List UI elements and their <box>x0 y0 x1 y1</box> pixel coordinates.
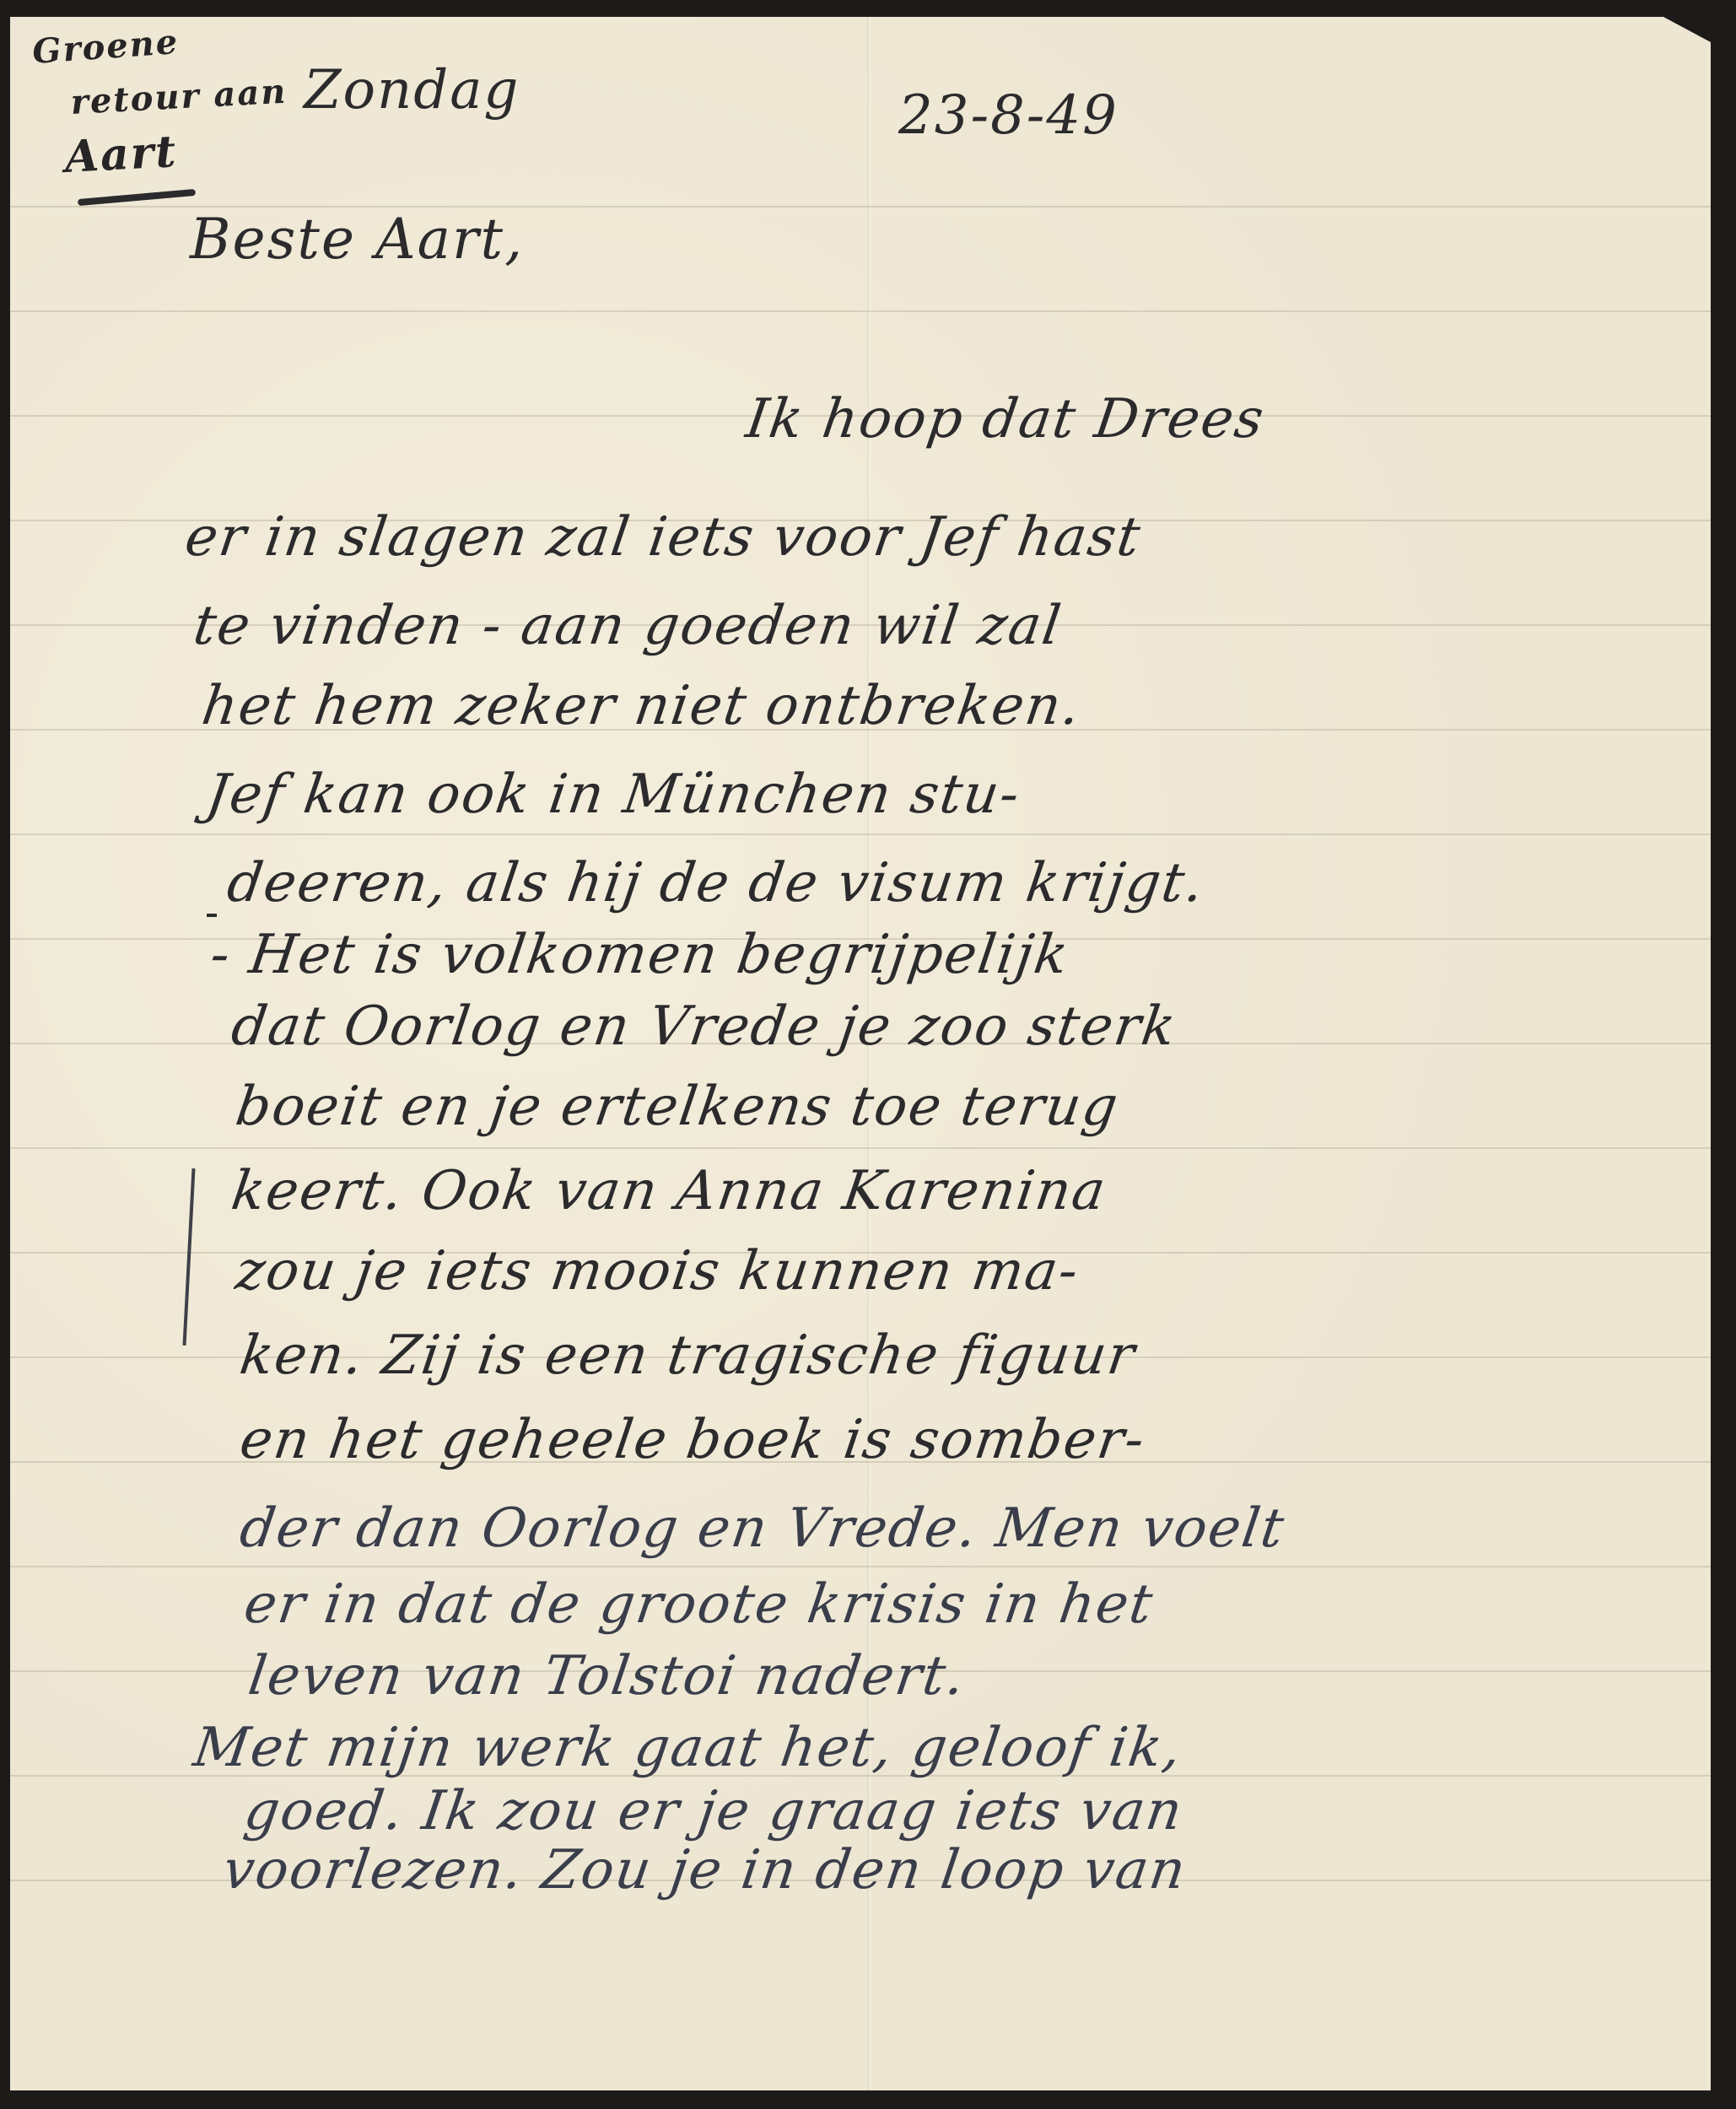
body-line: en het geheele boek is somber- <box>236 1409 1150 1471</box>
body-line: goed. Ik zou er je graag iets van <box>240 1780 1187 1842</box>
body-line: dat Oorlog en Vrede je zoo sterk <box>228 995 1181 1058</box>
body-line: Ik hoop dat Drees <box>742 388 1269 450</box>
ruled-line <box>10 310 1711 312</box>
body-line: voorlezen. Zou je in den loop van <box>219 1839 1190 1901</box>
body-line: het hem zeker niet ontbreken. <box>198 675 1086 737</box>
body-line: Met mijn werk gaat het, geloof ik, <box>190 1717 1187 1779</box>
salutation: Beste Aart, <box>190 207 524 272</box>
body-line: der dan Oorlog en Vrede. Men voelt <box>236 1497 1289 1560</box>
body-line: Jef kan ook in München stu- <box>202 763 1025 826</box>
body-line: deeren, als hij de de visum krijgt. <box>224 852 1209 914</box>
letter-date: 23-8-49 <box>898 84 1119 147</box>
body-line: zou je iets moois kunnen ma- <box>232 1240 1083 1303</box>
body-line: ken. Zij is een tragische figuur <box>236 1324 1140 1387</box>
margin-note-line: Aart <box>64 133 179 176</box>
body-line: - Het is volkomen begrijpelijk <box>207 924 1073 986</box>
body-line: te vinden - aan goeden wil zal <box>190 595 1066 657</box>
letter-day: Zondag <box>304 59 520 121</box>
body-line: leven van Tolstoi nadert. <box>245 1645 970 1707</box>
body-line: keert. Ook van Anna Karenina <box>228 1160 1111 1222</box>
ruled-line <box>10 833 1711 835</box>
body-line: er in dat de groote krisis in het <box>240 1573 1157 1636</box>
ruled-line <box>10 1147 1711 1149</box>
body-line: boeit en je ertelkens toe terug <box>232 1076 1123 1138</box>
margin-dash <box>207 914 217 917</box>
ruled-line <box>10 1566 1711 1567</box>
body-line: er in slagen zal iets voor Jef hast <box>181 506 1146 569</box>
